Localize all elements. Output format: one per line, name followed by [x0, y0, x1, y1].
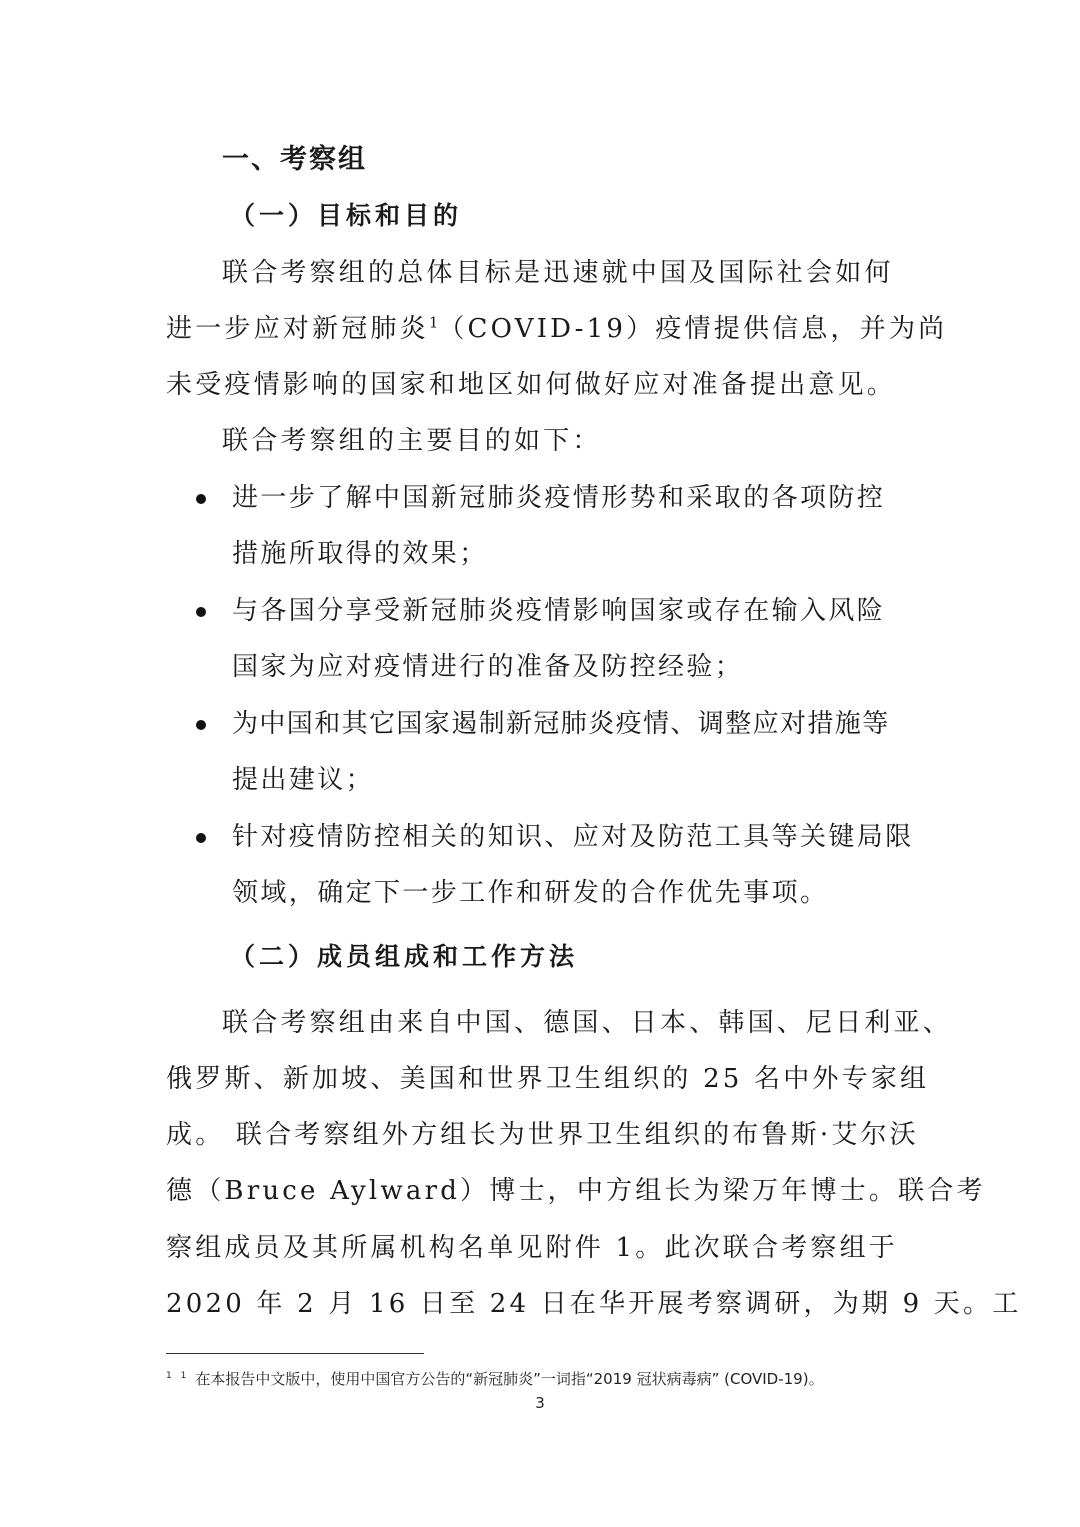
- text-span: （COVID-19）疫情提供信息，并为尚: [438, 314, 947, 344]
- section-title: 一、考察组: [222, 143, 974, 177]
- paragraph-line: 联合考察组的总体目标是迅速就中国及国际社会如何: [222, 256, 974, 290]
- bullet-icon: [196, 494, 206, 504]
- paragraph-line: 成。 联合考察组外方组长为世界卫生组织的布鲁斯·艾尔沃: [166, 1118, 918, 1152]
- bullet-line: 国家为应对疫情进行的准备及防控经验；: [232, 650, 922, 684]
- text-span: 进一步应对新冠肺炎: [166, 314, 429, 344]
- bullet-line: 进一步了解中国新冠肺炎疫情形势和采取的各项防控: [232, 481, 922, 515]
- bullet-icon: [196, 607, 206, 617]
- paragraph-line: 未受疫情影响的国家和地区如何做好应对准备提出意见。: [166, 368, 918, 402]
- subsection-title-members: （二）成员组成和工作方法: [230, 940, 982, 974]
- footnote: 1 1在本报告中文版中，使用中国官方公告的“新冠肺炎”一词指“2019 冠状病毒…: [166, 1366, 824, 1389]
- paragraph-line: 进一步应对新冠肺炎1（COVID-19）疫情提供信息，并为尚: [166, 312, 918, 346]
- bullet-line: 针对疫情防控相关的知识、应对及防范工具等关键局限: [232, 820, 922, 854]
- bullet-line: 措施所取得的效果；: [232, 537, 922, 571]
- bullet-line: 与各国分享受新冠肺炎疫情影响国家或存在输入风险: [232, 594, 922, 628]
- document-page: 一、考察组 （一）目标和目的 联合考察组的总体目标是迅速就中国及国际社会如何 进…: [0, 0, 1080, 1527]
- bullet-line: 领域，确定下一步工作和研发的合作优先事项。: [232, 876, 922, 910]
- paragraph-line: 联合考察组的主要目的如下：: [222, 424, 974, 458]
- subsection-title-goals: （一）目标和目的: [230, 199, 982, 233]
- footnote-ref: 1: [429, 313, 439, 331]
- paragraph-line: 2020 年 2 月 16 日至 24 日在华开展考察调研，为期 9 天。工: [166, 1287, 918, 1321]
- footnote-text: 在本报告中文版中，使用中国官方公告的“新冠肺炎”一词指“2019 冠状病毒病” …: [195, 1370, 823, 1388]
- bullet-icon: [196, 833, 206, 843]
- paragraph-line: 联合考察组由来自中国、德国、日本、韩国、尼日利亚、: [222, 1006, 974, 1040]
- footnote-mark: 1 1: [166, 1371, 189, 1381]
- footnote-divider: [166, 1353, 424, 1354]
- bullet-icon: [196, 720, 206, 730]
- page-number: 3: [0, 1394, 1080, 1412]
- bullet-line: 为中国和其它国家遏制新冠肺炎疫情、调整应对措施等: [232, 707, 922, 741]
- paragraph-line: 察组成员及其所属机构名单见附件 1。此次联合考察组于: [166, 1231, 918, 1265]
- paragraph-line: 德（Bruce Aylward）博士，中方组长为梁万年博士。联合考: [166, 1174, 918, 1208]
- bullet-line: 提出建议；: [232, 763, 922, 797]
- paragraph-line: 俄罗斯、新加坡、美国和世界卫生组织的 25 名中外专家组: [166, 1062, 918, 1096]
